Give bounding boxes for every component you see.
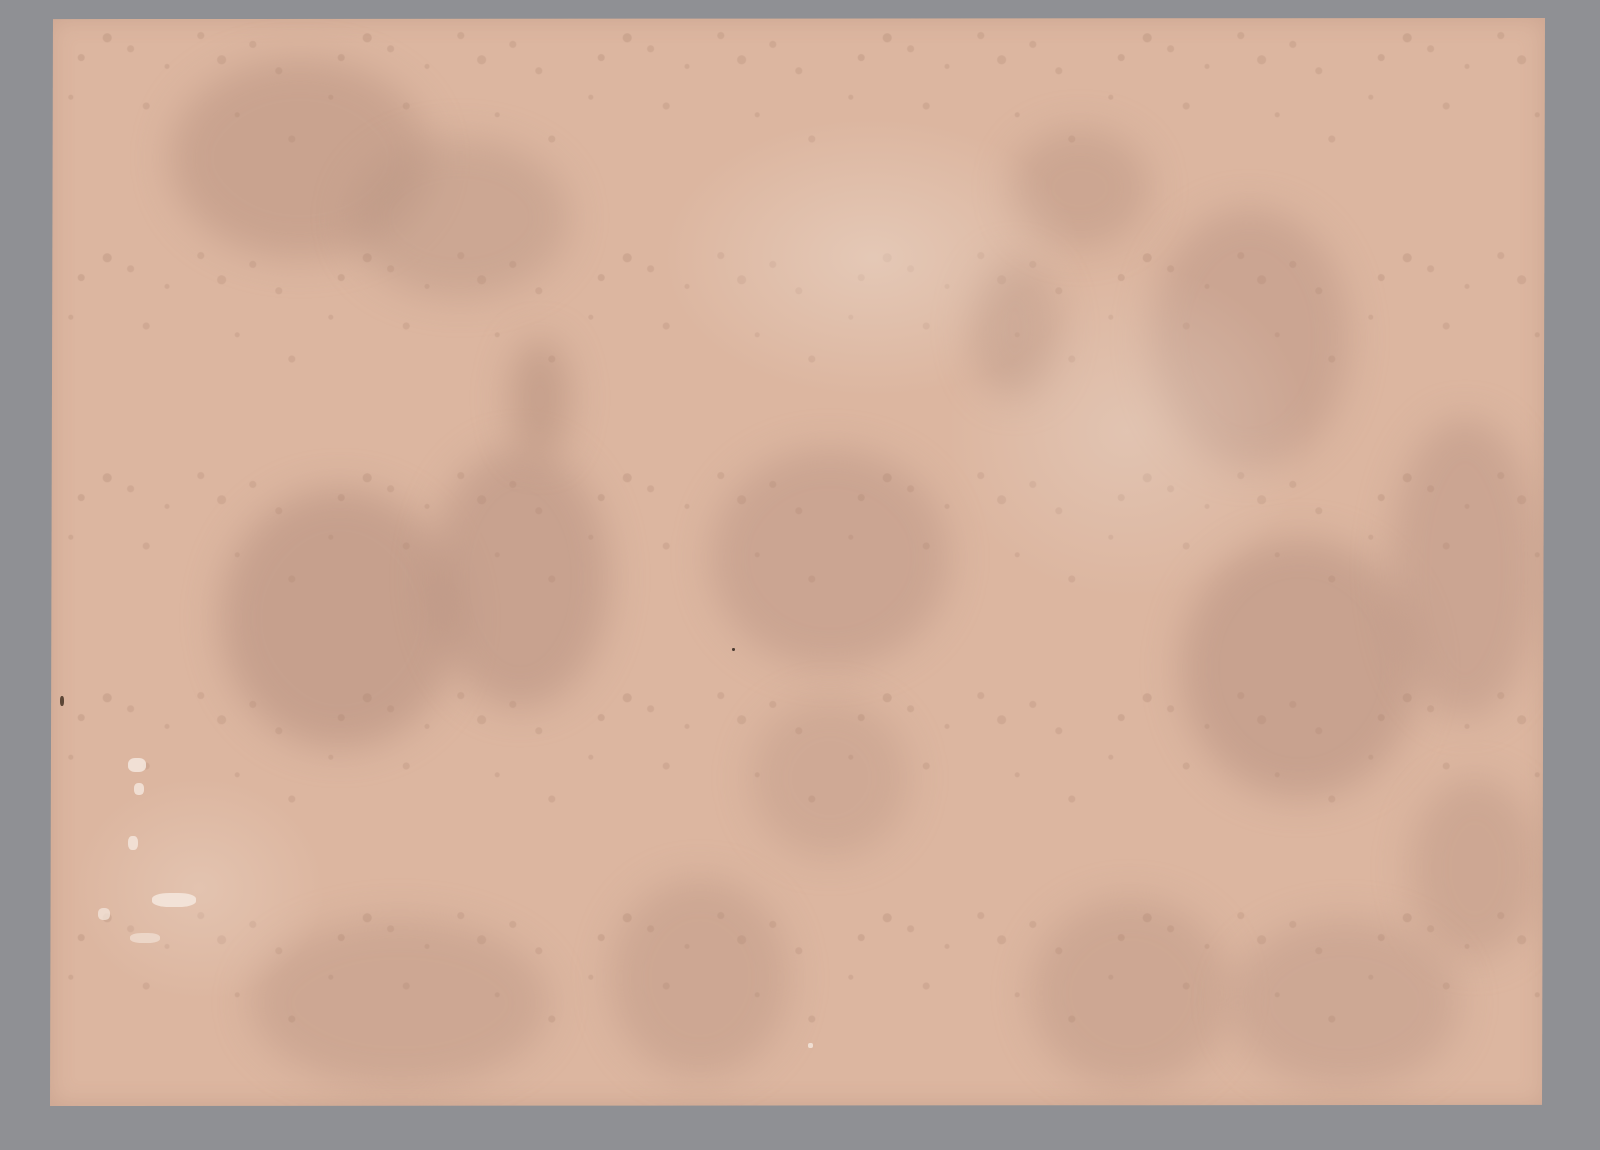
aged-paper-sheet bbox=[50, 18, 1545, 1106]
paper-edge-shading bbox=[50, 18, 1545, 1106]
